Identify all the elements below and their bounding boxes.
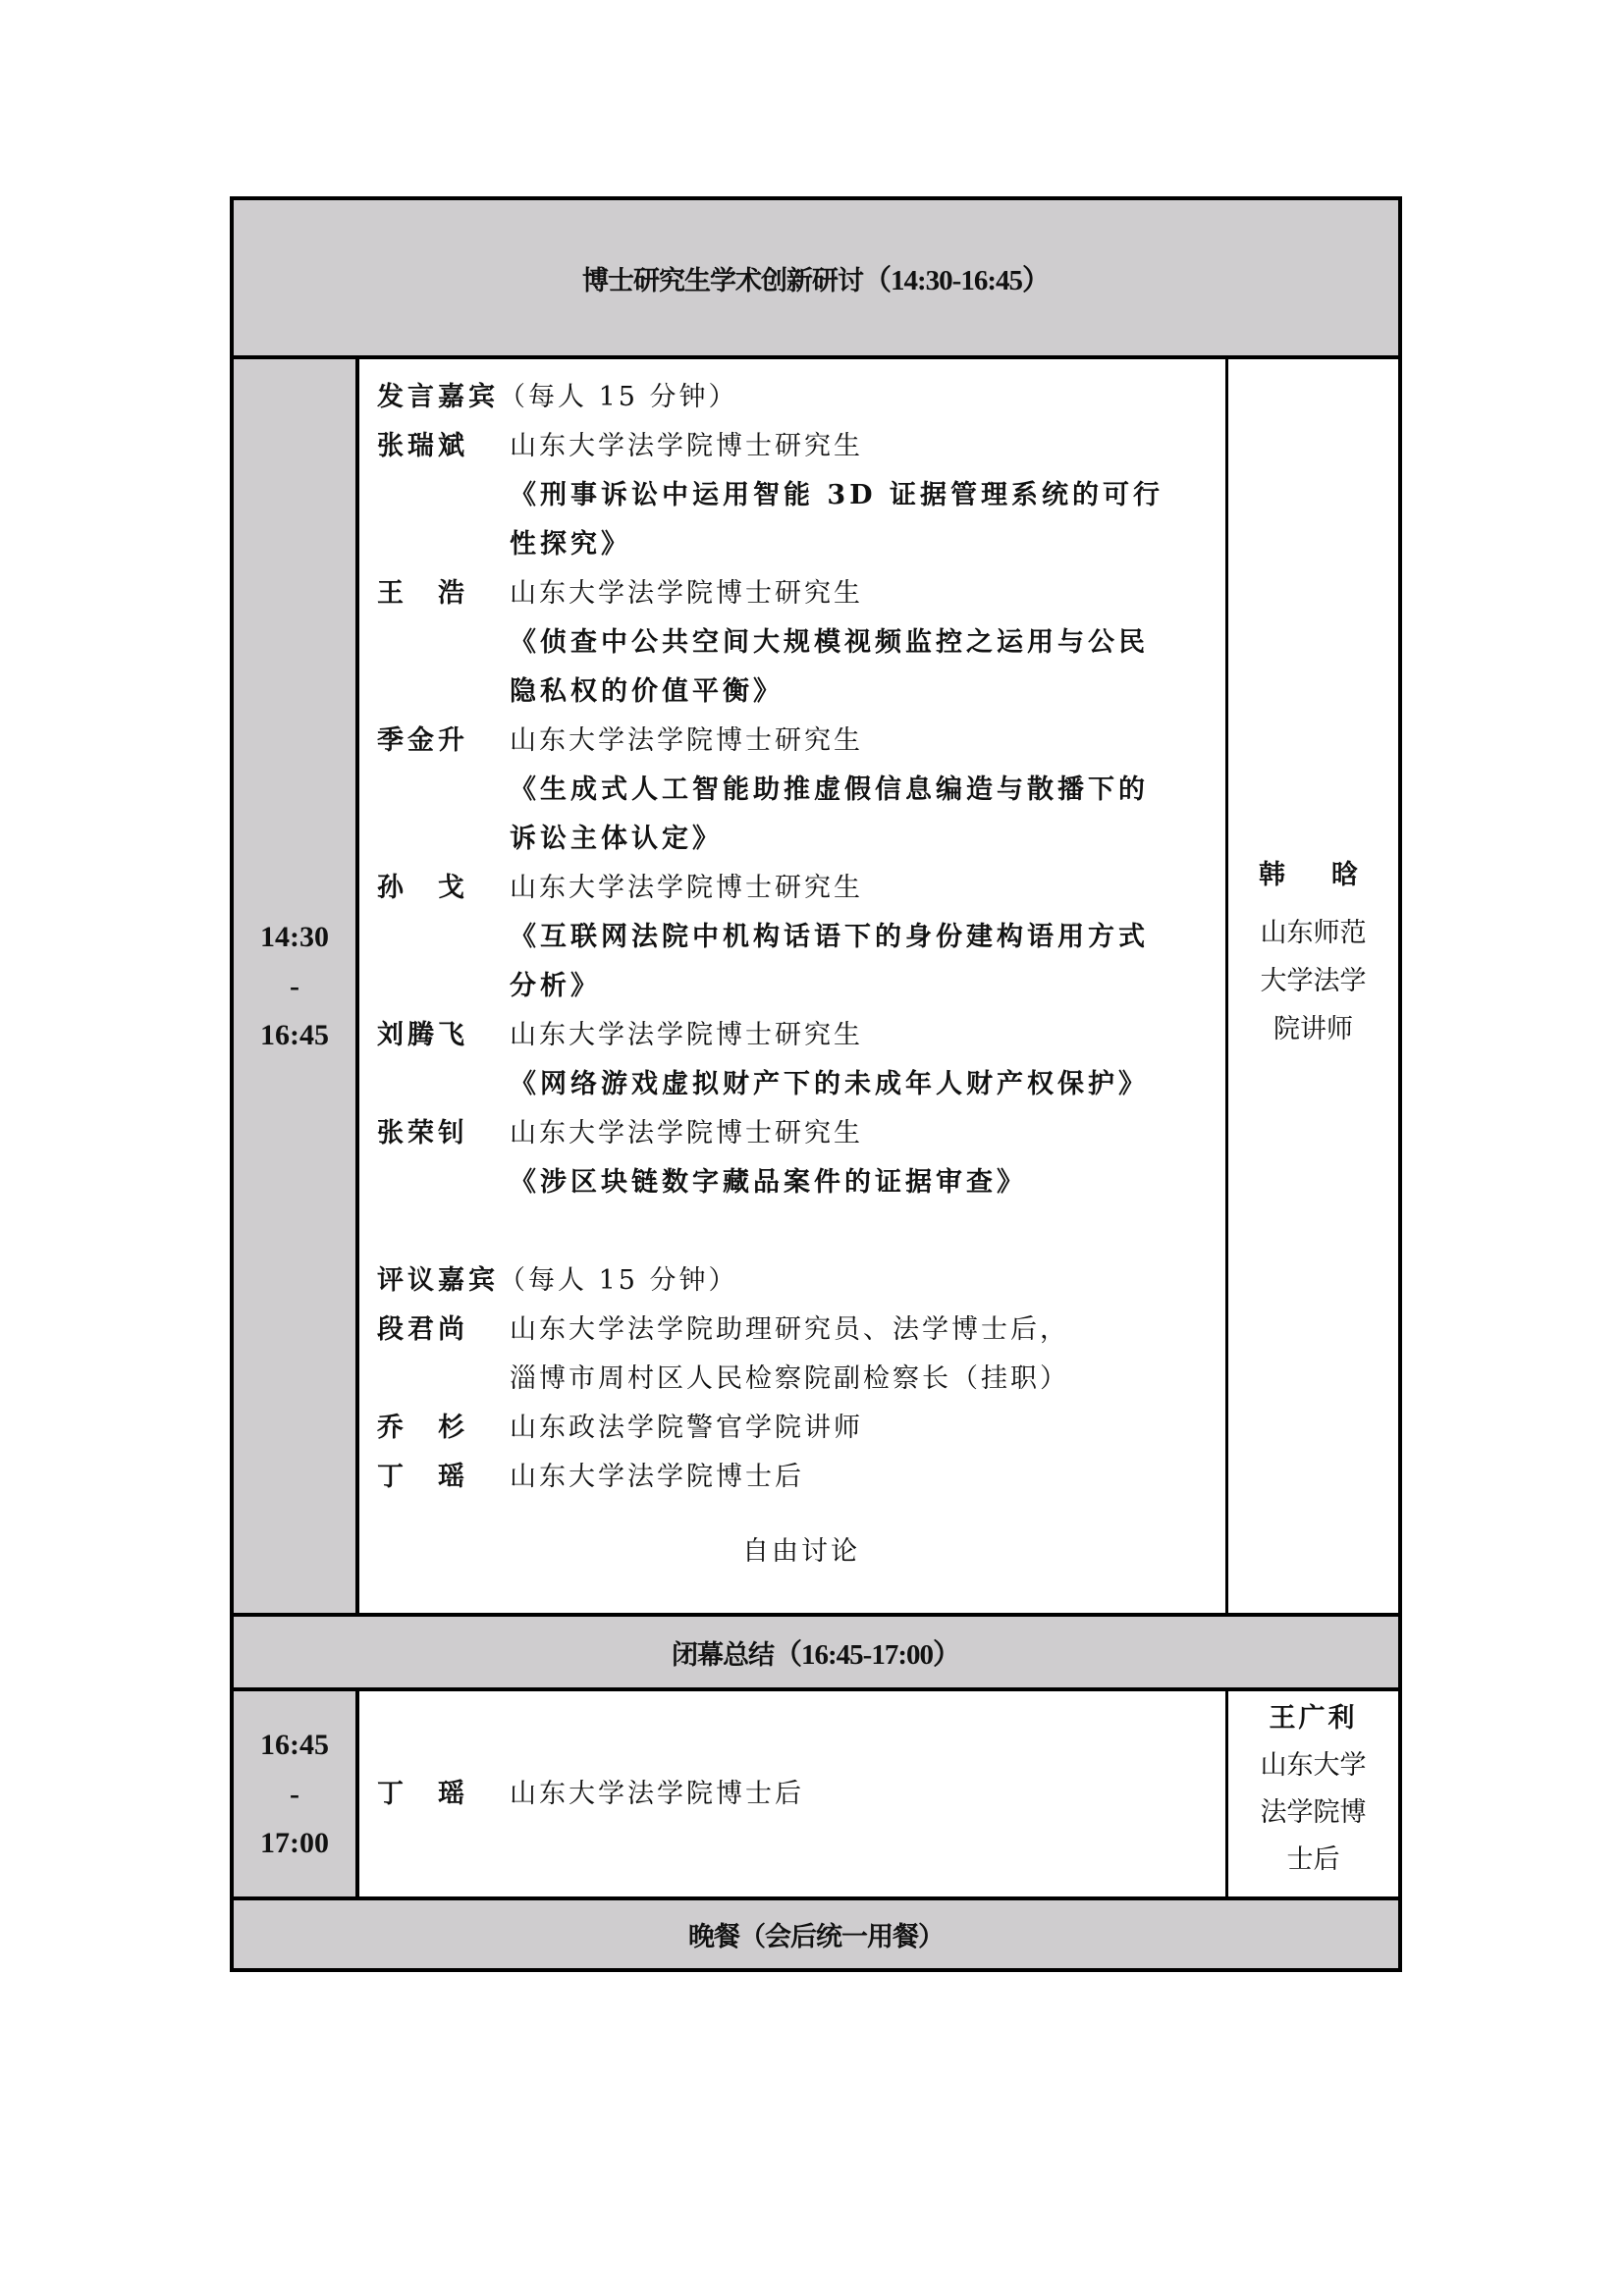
speakers-label: 发言嘉宾 [377,373,499,422]
speaker-item: 季金升山东大学法学院博士研究生 《生成式人工智能助推虚假信息编造与散播下的 诉讼… [377,717,1225,864]
commentator-item: 段君尚山东大学法学院助理研究员、法学博士后， 淄博市周村区人民检察院副检察长（挂… [377,1306,1225,1404]
commentator-affiliation: 山东大学法学院博士后 [510,1453,804,1502]
paper-title: 《生成式人工智能助推虚假信息编造与散播下的 [377,766,1149,815]
section-title: 闭幕总结 [672,1633,774,1672]
time-end: 17:00 [260,1819,329,1868]
moderator-cell: 王广利 山东大学 法学院博 士后 [1225,1691,1398,1896]
time-separator: - [290,1770,299,1819]
paper-title-cont: 隐私权的价值平衡》 [377,667,784,717]
paper-title-cont: 诉讼主体认定》 [377,815,723,864]
commentators-label: 评议嘉宾 [377,1256,499,1306]
section-body-phd-seminar: 14:30 - 16:45 发言嘉宾（每人 15 分钟） 张瑞斌山东大学法学院博… [234,355,1398,1613]
speaker-item: 刘腾飞山东大学法学院博士研究生 《网络游戏虚拟财产下的未成年人财产权保护》 [377,1011,1225,1109]
speaker-affiliation: 山东大学法学院博士研究生 [510,864,863,913]
section-title: 博士研究生学术创新研讨 [582,259,863,297]
time-start: 14:30 [260,913,329,962]
section-time: （14:30-16:45） [863,258,1050,298]
moderator-name: 王广利 [1270,1695,1358,1742]
time-start: 16:45 [260,1721,329,1770]
paper-title-cont: 分析》 [377,962,601,1011]
section-body-closing: 16:45 - 17:00 丁 瑶山东大学法学院博士后 王广利 山东大学 法学院… [234,1687,1398,1896]
commentator-name: 丁 瑶 [377,1453,510,1502]
spacer [377,1207,1225,1256]
free-discussion: 自由讨论 [377,1527,1225,1576]
speakers-heading: 发言嘉宾（每人 15 分钟） [377,373,1225,422]
paper-title: 《侦查中公共空间大规模视频监控之运用与公民 [377,618,1149,667]
time-end: 16:45 [260,1011,329,1060]
speaker-item: 张荣钊山东大学法学院博士研究生 《涉区块链数字藏品案件的证据审查》 [377,1109,1225,1207]
speaker-item: 孙 戈山东大学法学院博士研究生 《互联网法院中机构话语下的身份建构语用方式 分析… [377,864,1225,1011]
speaker-affiliation: 山东大学法学院博士研究生 [510,422,863,471]
paper-title: 《互联网法院中机构话语下的身份建构语用方式 [377,913,1149,962]
speaker-name: 张荣钊 [377,1109,510,1158]
content-cell: 丁 瑶山东大学法学院博士后 [359,1691,1225,1896]
commentator-item: 乔 杉山东政法学院警官学院讲师 [377,1404,1225,1453]
section-header-dinner: 晚餐（会后统一用餐） [234,1896,1398,1968]
moderator-affiliation-line: 院讲师 [1273,1005,1353,1053]
speakers-note: （每人 15 分钟） [499,373,738,422]
commentator-name: 乔 杉 [377,1404,510,1453]
speaker-item: 王 浩山东大学法学院博士研究生 《侦查中公共空间大规模视频监控之运用与公民 隐私… [377,569,1225,717]
commentator-affiliation: 山东政法学院警官学院讲师 [510,1404,863,1453]
speaker-affiliation: 山东大学法学院博士研究生 [510,1011,863,1060]
time-cell: 14:30 - 16:45 [234,359,359,1613]
closing-speaker: 丁 瑶山东大学法学院博士后 [377,1770,804,1819]
speaker-affiliation: 山东大学法学院博士研究生 [510,717,863,766]
section-header-closing: 闭幕总结（16:45-17:00） [234,1613,1398,1687]
content-cell: 发言嘉宾（每人 15 分钟） 张瑞斌山东大学法学院博士研究生 《刑事诉讼中运用智… [359,359,1225,1613]
time-separator: - [290,962,299,1011]
commentators-heading: 评议嘉宾（每人 15 分钟） [377,1256,1225,1306]
speaker-name: 张瑞斌 [377,422,510,471]
commentators-note: （每人 15 分钟） [499,1256,738,1306]
speaker-name: 刘腾飞 [377,1011,510,1060]
section-header-phd-seminar: 博士研究生学术创新研讨（14:30-16:45） [234,200,1398,355]
speaker-item: 张瑞斌山东大学法学院博士研究生 《刑事诉讼中运用智能 3D 证据管理系统的可行 … [377,422,1225,569]
commentator-affiliation: 山东大学法学院助理研究员、法学博士后， [510,1306,1069,1355]
paper-title: 《刑事诉讼中运用智能 3D 证据管理系统的可行 [377,471,1164,520]
speaker-affiliation: 山东大学法学院博士研究生 [510,1109,863,1158]
paper-title-cont: 性探究》 [377,520,631,569]
section-time: （16:45-17:00） [774,1632,960,1673]
speaker-affiliation: 山东大学法学院博士后 [510,1770,804,1819]
moderator-cell: 韩 晗 山东师范 大学法学 院讲师 [1225,359,1398,1613]
moderator-affiliation-line: 山东大学 [1261,1742,1367,1789]
commentator-affiliation-cont: 淄博市周村区人民检察院副检察长（挂职） [510,1355,1069,1404]
speaker-name: 丁 瑶 [377,1770,510,1819]
moderator-affiliation-line: 法学院博 [1261,1789,1367,1837]
paper-title: 《涉区块链数字藏品案件的证据审查》 [377,1158,1027,1207]
section-title: 晚餐（会后统一用餐） [688,1915,944,1953]
paper-title: 《网络游戏虚拟财产下的未成年人财产权保护》 [377,1060,1149,1109]
commentator-item: 丁 瑶山东大学法学院博士后 [377,1453,1225,1502]
moderator-affiliation-line: 山东师范 [1261,909,1367,957]
speaker-name: 王 浩 [377,569,510,618]
moderator-affiliation-line: 大学法学 [1261,957,1367,1005]
speaker-name: 季金升 [377,717,510,766]
moderator-affiliation-line: 士后 [1287,1837,1340,1884]
speaker-name: 孙 戈 [377,864,510,913]
moderator-name: 韩 晗 [1259,851,1368,899]
agenda-table: 博士研究生学术创新研讨（14:30-16:45） 14:30 - 16:45 发… [230,196,1402,1972]
time-cell: 16:45 - 17:00 [234,1691,359,1896]
speaker-affiliation: 山东大学法学院博士研究生 [510,569,863,618]
commentator-name: 段君尚 [377,1306,510,1355]
